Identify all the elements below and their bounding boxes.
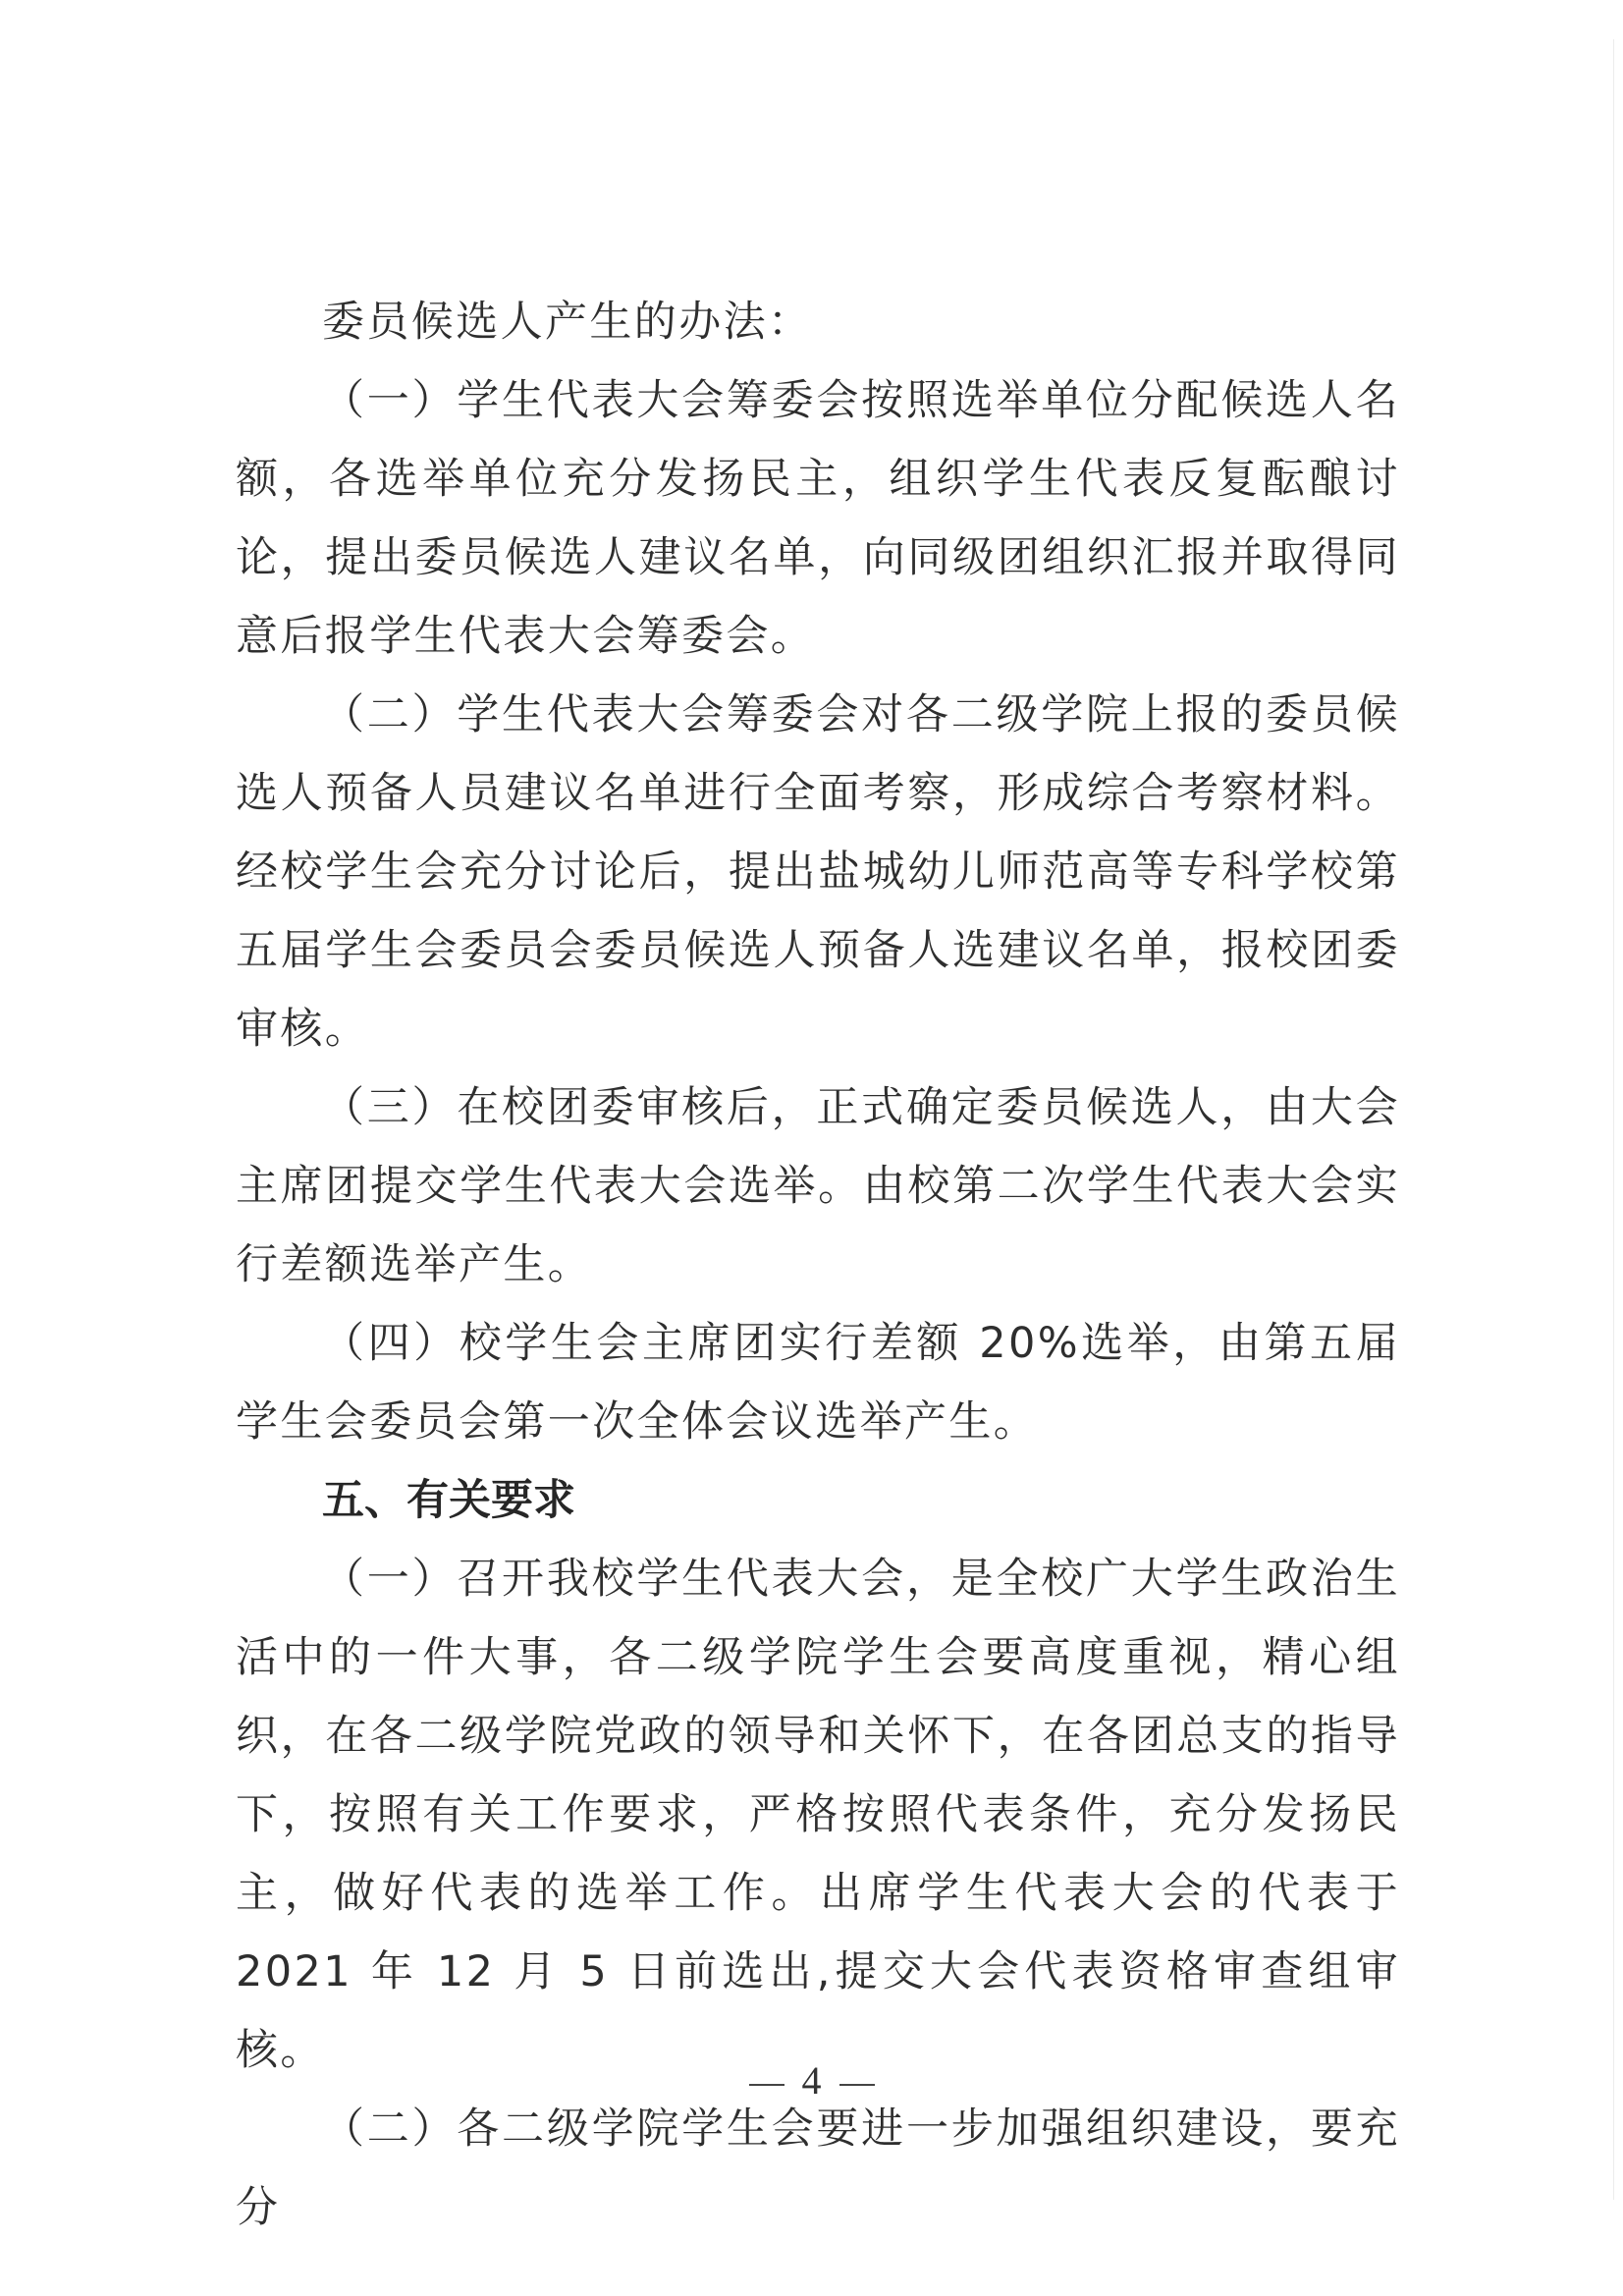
paragraph-item-4: （四）校学生会主席团实行差额 20%选举，由第五届学生会委员会第一次全体会议选举… (236, 1304, 1400, 1461)
paragraph-item-2: （二）学生代表大会筹委会对各二级学院上报的委员候选人预备人员建议名单进行全面考察… (236, 676, 1400, 1068)
page-number-right-dash (839, 2084, 875, 2086)
section-heading-requirements: 五、有关要求 (236, 1461, 1400, 1540)
scan-edge-line (1613, 39, 1614, 2200)
paragraph-item-1: （一）学生代表大会筹委会按照选举单位分配候选人名额，各选举单位充分发扬民主，组织… (236, 361, 1400, 676)
page-number: 4 (0, 2056, 1623, 2105)
document-page: 委员候选人产生的办法： （一）学生代表大会筹委会按照选举单位分配候选人名额，各选… (0, 0, 1623, 2296)
paragraph-requirement-1: （一）召开我校学生代表大会，是全校广大学生政治生活中的一件大事，各二级学院学生会… (236, 1540, 1400, 2090)
page-number-value: 4 (802, 2058, 822, 2103)
paragraph-item-3: （三）在校团委审核后，正式确定委员候选人，由大会主席团提交学生代表大会选举。由校… (236, 1068, 1400, 1304)
paragraph-candidate-method-intro: 委员候选人产生的办法： (236, 283, 1400, 361)
page-number-left-dash (749, 2084, 784, 2086)
document-body: 委员候选人产生的办法： （一）学生代表大会筹委会按照选举单位分配候选人名额，各选… (236, 283, 1400, 2247)
paragraph-requirement-2: （二）各二级学院学生会要进一步加强组织建设，要充分 (236, 2090, 1400, 2247)
